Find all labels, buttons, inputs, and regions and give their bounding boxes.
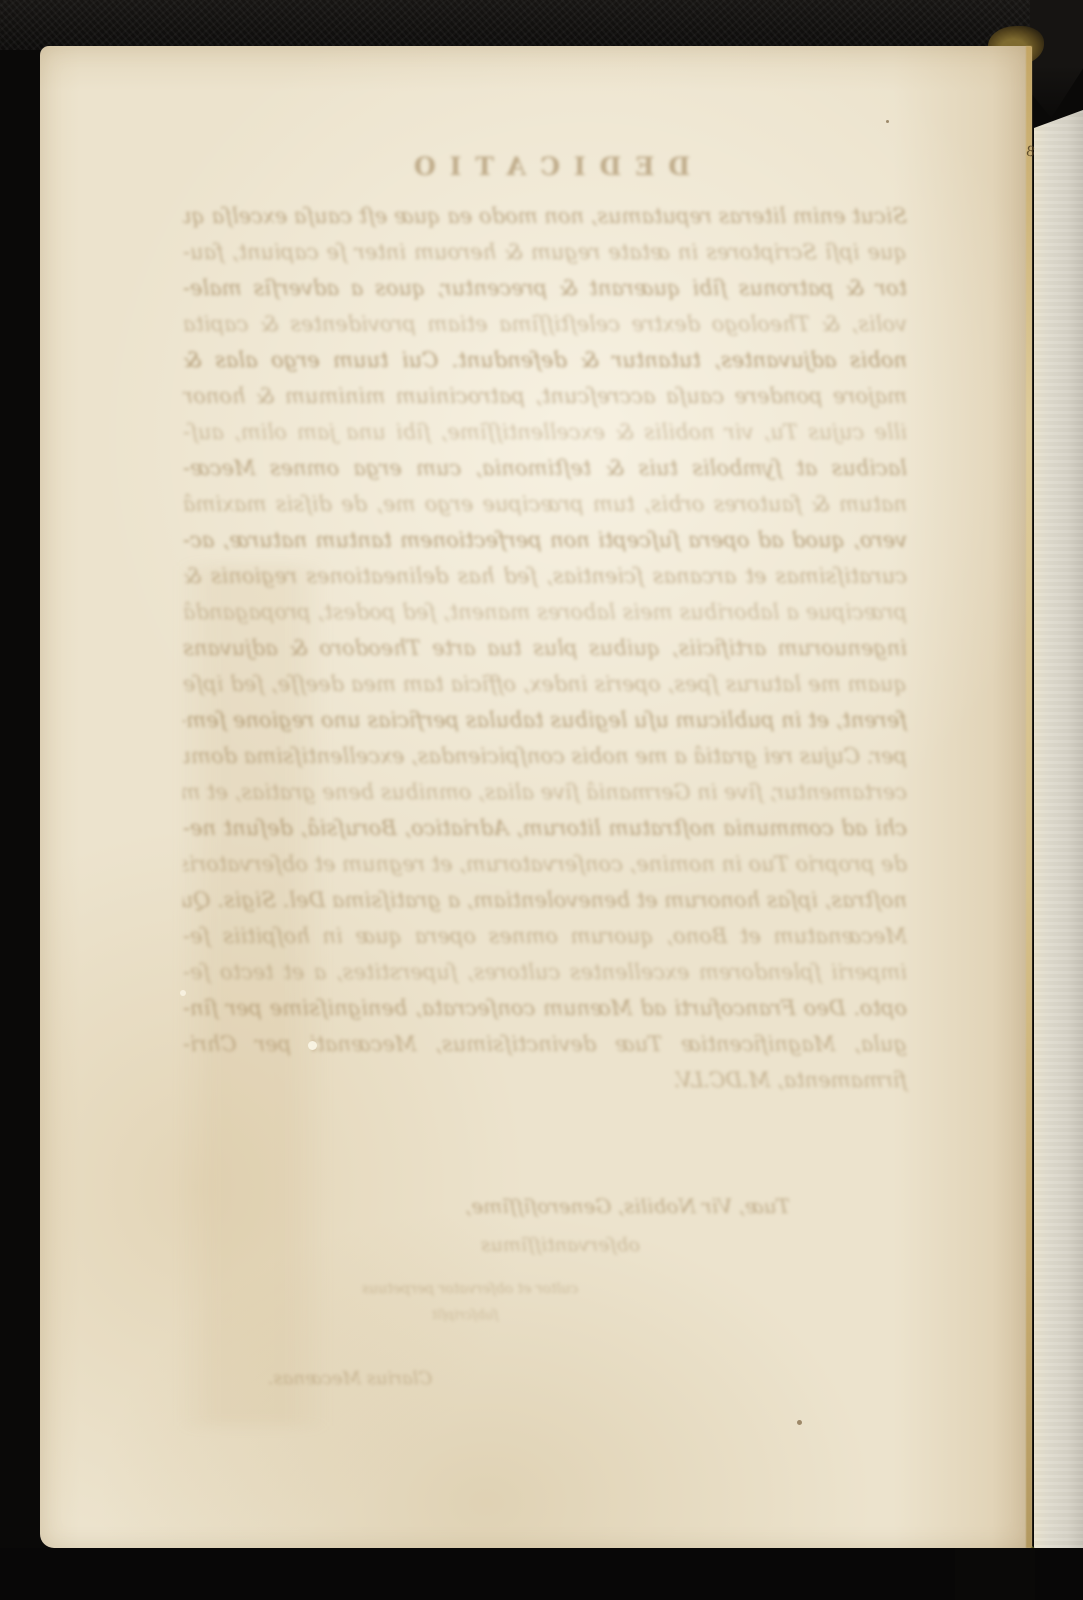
showthrough-line: quam me laturus ſpes, operis index, offi…	[183, 666, 907, 702]
paper-fleck	[180, 990, 186, 996]
gutter-shadow-bottom	[955, 1548, 1035, 1600]
blank-verso-page: DEDICATIO Sicut enim literas reputamus, …	[40, 46, 1032, 1548]
paper-fleck	[308, 1041, 317, 1050]
showthrough-line: chi ad communia noſtratum litorum, Adria…	[183, 810, 907, 846]
showthrough-line: per. Cujus rei gratiâ a me nobis conſpic…	[183, 738, 907, 774]
showthrough-final-line: Clarius Mecænas.	[240, 1368, 460, 1389]
showthrough-line: noſtras, ipſas honorum et benevolentiam,…	[183, 882, 907, 918]
showthrough-line: de proprio Tuo in nomine, conſervatorum,…	[183, 846, 907, 882]
showthrough-line: Sicut enim literas reputamus, non modo e…	[183, 198, 907, 234]
book-cover-shadow-bottom	[0, 1548, 1083, 1600]
showthrough-closing-line: firmamenta, M.DC.LV.	[674, 1068, 907, 1092]
showthrough-line: ferent, et in publicum uſu legibus tabul…	[183, 702, 907, 738]
showthrough-signature-line-2: obſervantiſſimus	[420, 1234, 640, 1256]
showthrough-text-mirrored: DEDICATIO Sicut enim literas reputamus, …	[183, 142, 907, 1402]
book-cover-corner-top-right	[1030, 0, 1083, 118]
showthrough-body-lines: Sicut enim literas reputamus, non modo e…	[183, 198, 907, 1062]
showthrough-line: opto. Deo Francofurti ad Mœnum conſecrat…	[183, 990, 907, 1026]
showthrough-line: que ipſi Scriptores in ætate regum & her…	[183, 234, 907, 270]
showthrough-line: certamentur, ſive in Germaniâ ſive alias…	[183, 774, 907, 810]
showthrough-line: tor & patronus ſibi quærant & precentur,…	[183, 270, 907, 306]
paper-speck	[797, 1420, 802, 1425]
showthrough-line: ille cujus Tu, vir nobilis & excellentiſ…	[183, 414, 907, 450]
showthrough-line: lacibus at ſymbolis tuis & teſtimonia, c…	[183, 450, 907, 486]
showthrough-line: gula, Magnificentiæ Tuæ devinctiſsimus, …	[183, 1026, 907, 1062]
showthrough-line: imperii ſplendorem excellentes cultores,…	[183, 954, 907, 990]
showthrough-line: curatiſsimas et arcanas ſcientias, ſed h…	[183, 558, 907, 594]
showthrough-line: ingenuorum artificiis, quibus plus tua a…	[183, 630, 907, 666]
paper-speck	[886, 120, 889, 123]
showthrough-line: natum & fautores orbis, tum præcipue erg…	[183, 486, 907, 522]
showthrough-line: volis, & Theologo dextre celeſtiſſima et…	[183, 306, 907, 342]
showthrough-small-line-2: ſubſcripſit	[410, 1308, 520, 1323]
showthrough-line: vero, quod ad opera ſuſcepti non perfect…	[183, 522, 907, 558]
book-cover-cloth-top	[0, 0, 1083, 50]
showthrough-small-line-1: cultor et obſervator perpetuus	[330, 1281, 610, 1297]
showthrough-line: præcipue a laboribus meis labores manent…	[183, 594, 907, 630]
showthrough-header: DEDICATIO	[183, 152, 907, 181]
book-photograph: DEDICATIO Sicut enim literas reputamus, …	[0, 0, 1083, 1600]
showthrough-line: majore pondere cauſa accreſcunt, patroci…	[183, 378, 907, 414]
showthrough-line: Mecænatum et Bono, quorum omnes opera qu…	[183, 918, 907, 954]
facing-page-edge	[1034, 110, 1083, 1600]
showthrough-signature-line-1: Tuæ, Vir Nobilis, Generoſiſſime,	[460, 1194, 790, 1218]
gutter-crease-line	[1026, 46, 1032, 1548]
showthrough-line: nobis adjuvantes, tutantur & defendunt. …	[183, 342, 907, 378]
